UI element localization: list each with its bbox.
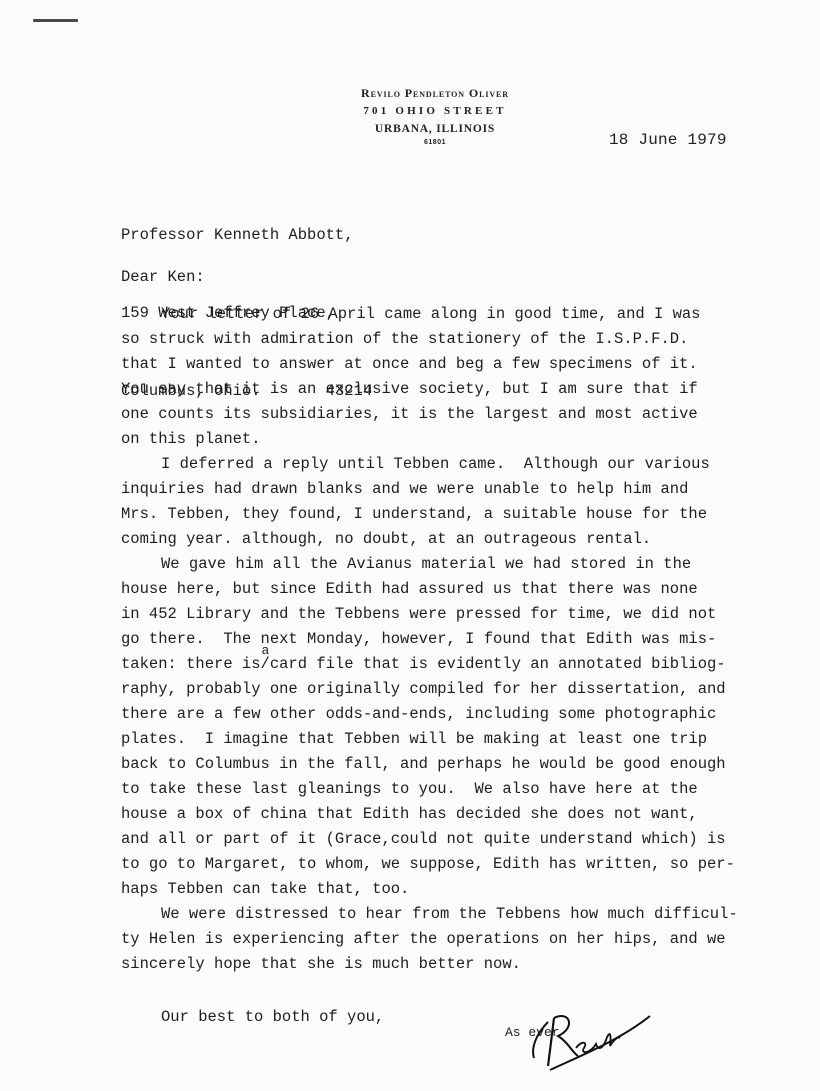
body-line: there are a few other odds-and-ends, inc… — [121, 702, 761, 727]
body-line: in 452 Library and the Tebbens were pres… — [121, 602, 761, 627]
body-line: to take these last gleanings to you. We … — [121, 777, 761, 802]
letterhead-name: Revilo Pendleton Oliver — [290, 84, 580, 102]
body-line: on this planet. — [121, 427, 761, 452]
body-line: inquiries had drawn blanks and we were u… — [121, 477, 761, 502]
body-line: taken: there is/card file that is eviden… — [121, 652, 761, 677]
body-line: You say that it is an exclusive society,… — [121, 377, 761, 402]
recipient-line: Professor Kenneth Abbott, — [121, 222, 372, 248]
body-line: one counts its subsidiaries, it is the l… — [121, 402, 761, 427]
body-line: that I wanted to answer at once and beg … — [121, 352, 761, 377]
letter-body: Your letter of 26 April came along in go… — [121, 302, 761, 977]
body-line: raphy, probably one originally compiled … — [121, 677, 761, 702]
salutation: Dear Ken: — [121, 268, 205, 286]
body-line: We were distressed to hear from the Tebb… — [121, 902, 761, 927]
body-line: house here, but since Edith had assured … — [121, 577, 761, 602]
closing-line: Our best to both of you, — [161, 1008, 384, 1026]
letterhead-zip: 61801 — [290, 138, 580, 148]
body-line: coming year. although, no doubt, at an o… — [121, 527, 761, 552]
letter-date: 18 June 1979 — [609, 131, 727, 149]
body-line: I deferred a reply until Tebben came. Al… — [121, 452, 761, 477]
letterhead-street: 701 OHIO STREET — [290, 102, 580, 120]
letterhead-city: URBANA, ILLINOIS — [290, 120, 580, 138]
body-line: plates. I imagine that Tebben will be ma… — [121, 727, 761, 752]
handwritten-insert: a — [262, 643, 270, 658]
body-line: to go to Margaret, to whom, we suppose, … — [121, 852, 761, 877]
body-line: Mrs. Tebben, they found, I understand, a… — [121, 502, 761, 527]
letterhead: Revilo Pendleton Oliver 701 OHIO STREET … — [290, 84, 580, 148]
body-line: so struck with admiration of the station… — [121, 327, 761, 352]
body-line: and all or part of it (Grace,could not q… — [121, 827, 761, 852]
body-line: house a box of china that Edith has deci… — [121, 802, 761, 827]
signature-icon — [510, 1000, 660, 1080]
body-line: back to Columbus in the fall, and perhap… — [121, 752, 761, 777]
body-line: ty Helen is experiencing after the opera… — [121, 927, 761, 952]
body-line: We gave him all the Avianus material we … — [121, 552, 761, 577]
body-line: haps Tebben can take that, too. — [121, 877, 761, 902]
scan-edge-mark — [33, 19, 78, 22]
body-line: sincerely hope that she is much better n… — [121, 952, 761, 977]
body-line: go there. The next Monday, however, I fo… — [121, 627, 761, 652]
signature — [510, 1000, 660, 1085]
body-line: Your letter of 26 April came along in go… — [121, 302, 761, 327]
